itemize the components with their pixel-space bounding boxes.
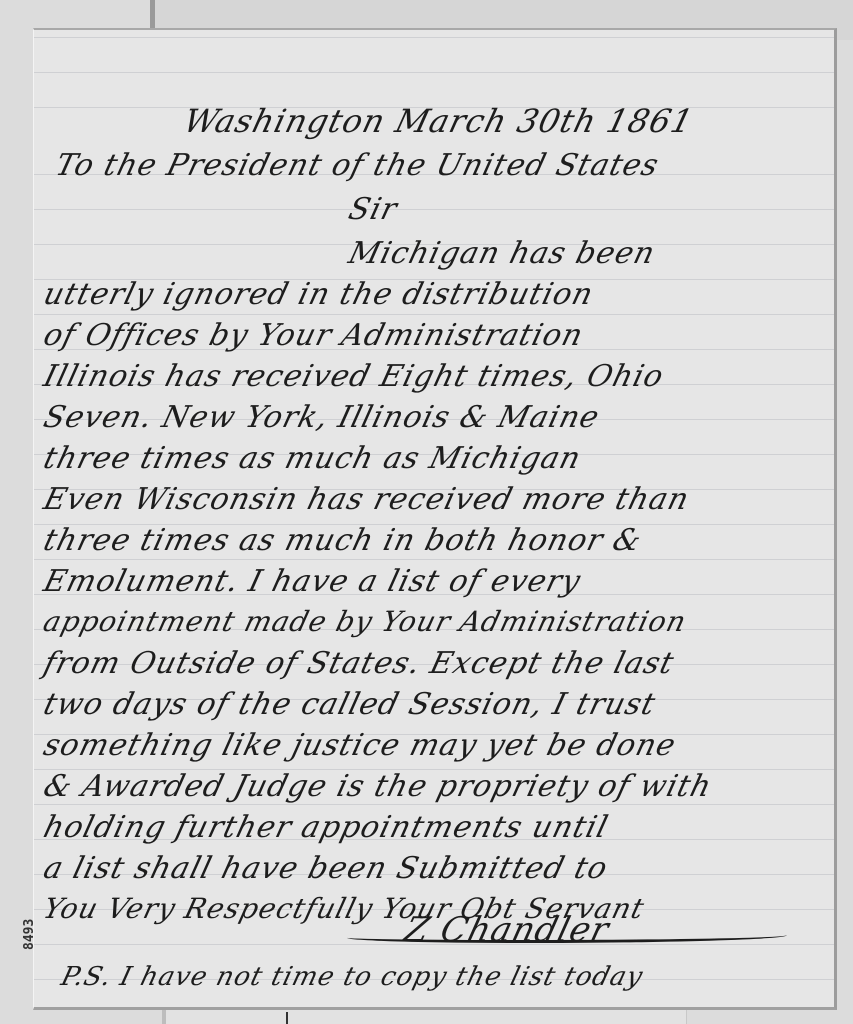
body-line: a list shall have been Submitted to <box>40 851 612 886</box>
sheet-mark <box>286 1012 288 1024</box>
salutation: Sir <box>345 192 401 227</box>
body-line: from Outside of States. Except the last <box>40 646 678 681</box>
body-line: holding further appointments until <box>40 810 612 845</box>
body-line: Michigan has been <box>345 236 659 271</box>
background-sheet-bottom <box>162 1008 687 1024</box>
archive-number: 8493 <box>22 919 37 950</box>
body-line: Even Wisconsin has received more than <box>40 482 693 517</box>
body-line: Seven. New York, Illinois & Maine <box>40 400 603 435</box>
postscript: P.S. I have not time to copy the list to… <box>58 962 646 992</box>
body-line: Illinois has received Eight times, Ohio <box>40 359 668 394</box>
body-line: two days of the called Session, I trust <box>40 687 659 722</box>
body-line: & Awarded Judge is the propriety of with <box>40 769 716 804</box>
body-line: appointment made by Your Administration <box>40 605 690 638</box>
body-line: utterly ignored in the distribution <box>40 277 597 312</box>
dateline: Washington March 30th 1861 <box>180 102 698 140</box>
body-line: Emolument. I have a list of every <box>40 564 585 599</box>
body-line: something like justice may yet be done <box>40 728 680 763</box>
body-line: of Offices by Your Administration <box>40 318 587 353</box>
body-line: three times as much in both honor & <box>40 523 646 558</box>
body-line: three times as much as Michigan <box>40 441 585 476</box>
salutation-to: To the President of the United States <box>52 148 663 183</box>
